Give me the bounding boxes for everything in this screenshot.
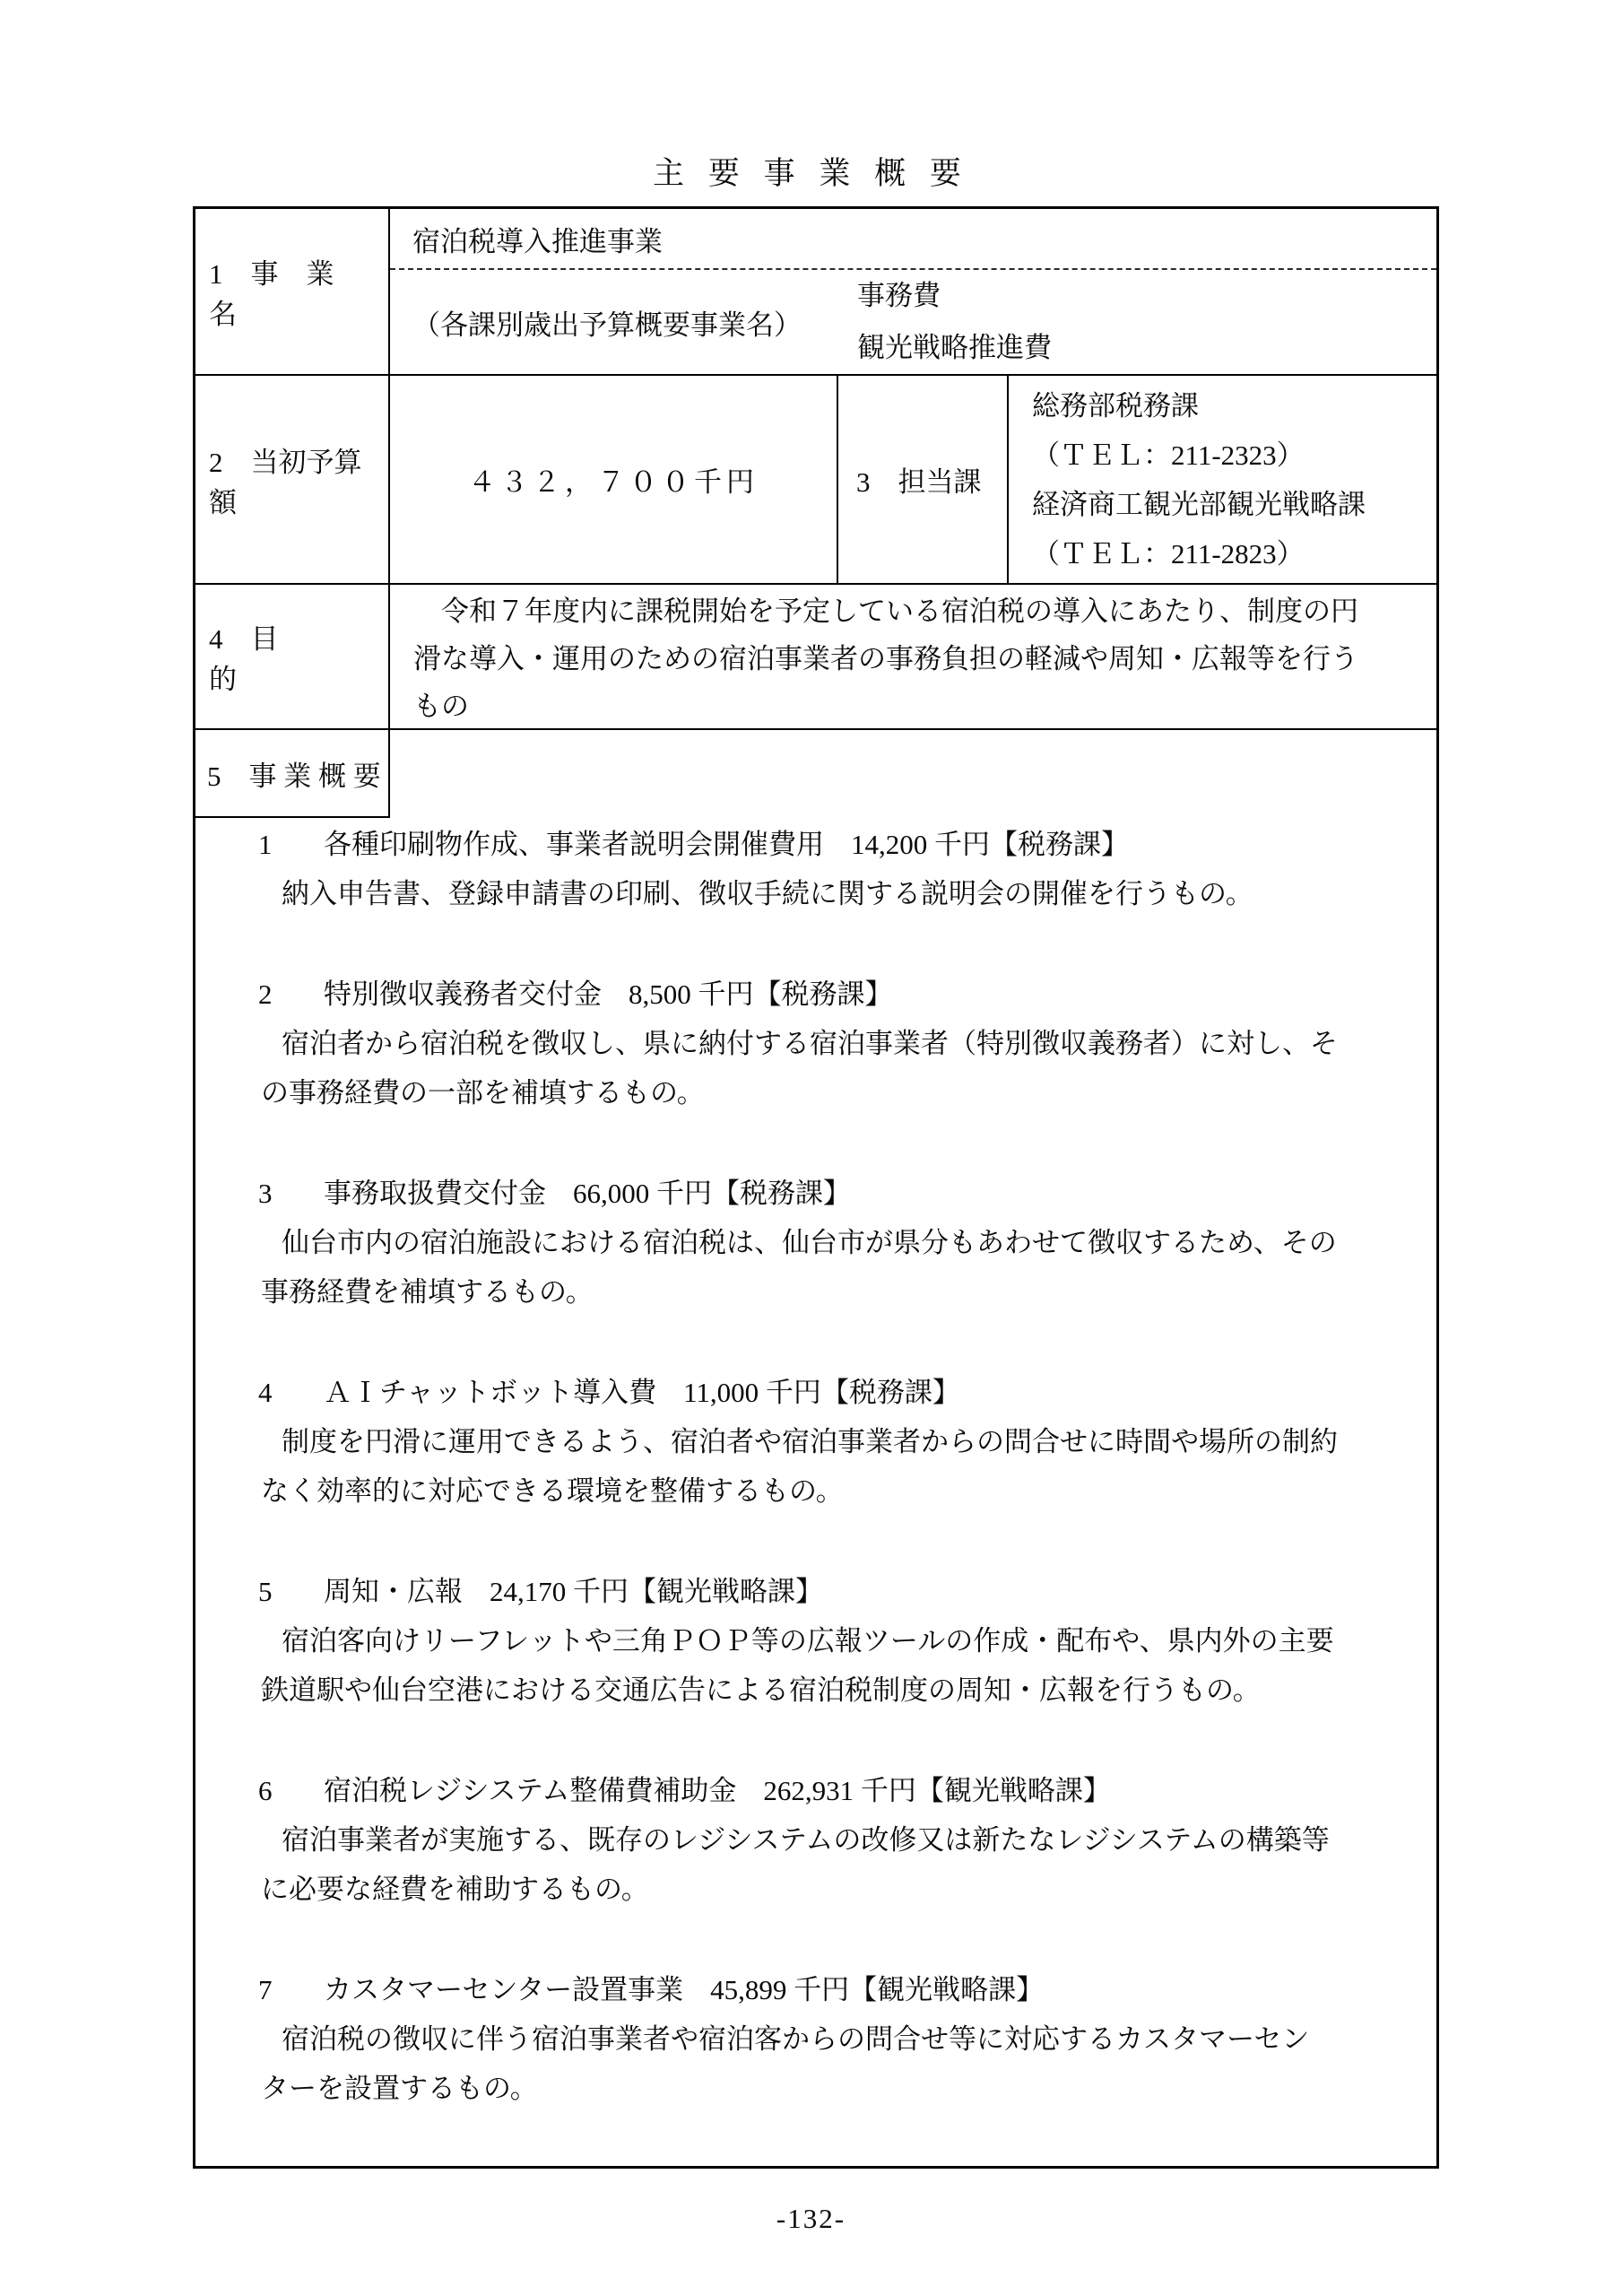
sub-name-kanko-senryaku: 観光戦略推進費 [857,332,1052,363]
item-amount: 8,500 千円 [629,978,754,1010]
item-description: 制度を円滑に運用できるよう、宿泊者や宿泊事業者からの問合せに時間や場所の制約 な… [261,1417,1409,1516]
overview-item-6: 6宿泊税レジシステム整備費補助金262,931 千円【観光戦略課】 宿泊事業者が… [195,1766,1436,1914]
item-description: 宿泊客向けリーフレットや三角ＰＯＰ等の広報ツールの作成・配布や、県内外の主要 鉄… [261,1616,1409,1715]
item-org: 【観光戦略課】 [629,1576,823,1607]
item-amount: 262,931 千円 [763,1775,916,1806]
department-contact-lines: 総務部税務課 （ＴＥＬ：211-2323） 経済商工観光部観光戦略課 （ＴＥＬ：… [1032,381,1366,578]
overview-item-2: 2特別徴収義務者交付金8,500 千円【税務課】 宿泊者から宿泊税を徴収し、県に… [195,970,1436,1118]
purpose-text: 令和７年度内に課税開始を予定している宿泊税の導入にあたり、制度の円 滑な導入・運… [390,585,1436,728]
overview-item-list: 1各種印刷物作成、事業者説明会開催費用14,200 千円【税務課】 納入申告書、… [195,730,1436,2113]
row-label-business-overview: 5 事 業 概 要 [195,730,390,818]
item-org: 【税務課】 [821,1377,960,1408]
page-number: -132- [0,2203,1622,2235]
budget-summary-name-label: （各課別歳出予算概要事業名） [412,302,802,343]
item-title: 各種印刷物作成、事業者説明会開催費用 [324,829,824,860]
row-label-initial-budget: 2 当初予算額 [195,376,390,583]
item-amount: 66,000 千円 [573,1178,712,1209]
item-heading: 6宿泊税レジシステム整備費補助金262,931 千円【観光戦略課】 [195,1766,1436,1815]
initial-budget-amount: ４３２，７００千円 [390,376,838,583]
item-amount: 14,200 千円 [851,829,990,860]
budget-summary-names: 事務費観光戦略推進費 [857,270,1052,374]
department-cell: 総務部税務課 （ＴＥＬ：211-2323） 経済商工観光部観光戦略課 （ＴＥＬ：… [1009,376,1436,583]
item-description: 宿泊事業者が実施する、既存のレジシステムの改修又は新たなレジシステムの構築等 に… [261,1815,1409,1914]
overview-item-4: 4ＡＩチャットボット導入費11,000 千円【税務課】 制度を円滑に運用できるよ… [195,1368,1436,1516]
item-title: 宿泊税レジシステム整備費補助金 [324,1775,736,1806]
row-business-name: 1 事 業 名 宿泊税導入推進事業 （各課別歳出予算概要事業名） 事務費観光戦略… [195,209,1436,376]
item-org: 【税務課】 [712,1178,851,1209]
row-budget-and-department: 2 当初予算額 ４３２，７００千円 3 担当課 総務部税務課 （ＴＥＬ：211-… [195,376,1436,585]
item-heading: 2特別徴収義務者交付金8,500 千円【税務課】 [195,970,1436,1019]
item-title: ＡＩチャットボット導入費 [324,1377,656,1408]
item-title: 特別徴収義務者交付金 [324,978,602,1010]
row-purpose: 4 目 的 令和７年度内に課税開始を予定している宿泊税の導入にあたり、制度の円 … [195,585,1436,730]
item-amount: 45,899 千円 [710,1974,849,2005]
item-number: 7 [258,1965,324,2014]
overview-item-3: 3事務取扱費交付金66,000 千円【税務課】 仙台市内の宿泊施設における宿泊税… [195,1169,1436,1317]
row-business-overview: 5 事 業 概 要 1各種印刷物作成、事業者説明会開催費用14,200 千円【税… [195,730,1436,2166]
item-org: 【税務課】 [754,978,893,1010]
item-org: 【税務課】 [990,829,1129,860]
item-description: 宿泊税の徴収に伴う宿泊事業者や宿泊客からの問合せ等に対応するカスタマーセン ター… [261,2014,1409,2113]
item-title: カスタマーセンター設置事業 [324,1974,683,2005]
item-title: 周知・広報 [324,1576,463,1607]
document-page: { "page": { "title": "主 要 事 業 概 要", "pag… [0,0,1622,2296]
item-heading: 5周知・広報24,170 千円【観光戦略課】 [195,1567,1436,1616]
item-heading: 7カスタマーセンター設置事業45,899 千円【観光戦略課】 [195,1965,1436,2014]
overview-item-7: 7カスタマーセンター設置事業45,899 千円【観光戦略課】 宿泊税の徴収に伴う… [195,1965,1436,2113]
item-heading: 3事務取扱費交付金66,000 千円【税務課】 [195,1169,1436,1218]
item-number: 5 [258,1567,324,1616]
item-heading: 4ＡＩチャットボット導入費11,000 千円【税務課】 [195,1368,1436,1417]
item-number: 6 [258,1766,324,1815]
item-number: 3 [258,1169,324,1218]
item-amount: 11,000 千円 [683,1377,821,1408]
item-number: 2 [258,970,324,1019]
item-heading: 1各種印刷物作成、事業者説明会開催費用14,200 千円【税務課】 [195,820,1436,869]
item-number: 1 [258,820,324,869]
row-label-department: 3 担当課 [838,376,1009,583]
item-amount: 24,170 千円 [490,1576,629,1607]
business-name-main: 宿泊税導入推進事業 [390,209,1436,268]
overview-item-1: 1各種印刷物作成、事業者説明会開催費用14,200 千円【税務課】 納入申告書、… [195,820,1436,918]
overview-item-5: 5周知・広報24,170 千円【観光戦略課】 宿泊客向けリーフレットや三角ＰＯＰ… [195,1567,1436,1715]
item-title: 事務取扱費交付金 [324,1178,546,1209]
row-label-purpose: 4 目 的 [195,585,390,728]
row-label-business-name: 1 事 業 名 [195,209,390,374]
sub-name-jimuhi: 事務費 [857,280,941,311]
item-org: 【観光戦略課】 [916,1775,1111,1806]
item-description: 納入申告書、登録申請書の印刷、徴収手続に関する説明会の開催を行うもの。 [261,869,1409,918]
business-name-sub: （各課別歳出予算概要事業名） 事務費観光戦略推進費 [390,268,1436,374]
item-description: 宿泊者から宿泊税を徴収し、県に納付する宿泊事業者（特別徴収義務者）に対し、そ の… [261,1019,1409,1118]
item-description: 仙台市内の宿泊施設における宿泊税は、仙台市が県分もあわせて徴収するため、その 事… [261,1218,1409,1317]
business-name-content: 宿泊税導入推進事業 （各課別歳出予算概要事業名） 事務費観光戦略推進費 [390,209,1436,374]
document-title: 主 要 事 業 概 要 [0,149,1622,194]
item-number: 4 [258,1368,324,1417]
item-org: 【観光戦略課】 [849,1974,1044,2005]
summary-table: 1 事 業 名 宿泊税導入推進事業 （各課別歳出予算概要事業名） 事務費観光戦略… [193,206,1439,2169]
